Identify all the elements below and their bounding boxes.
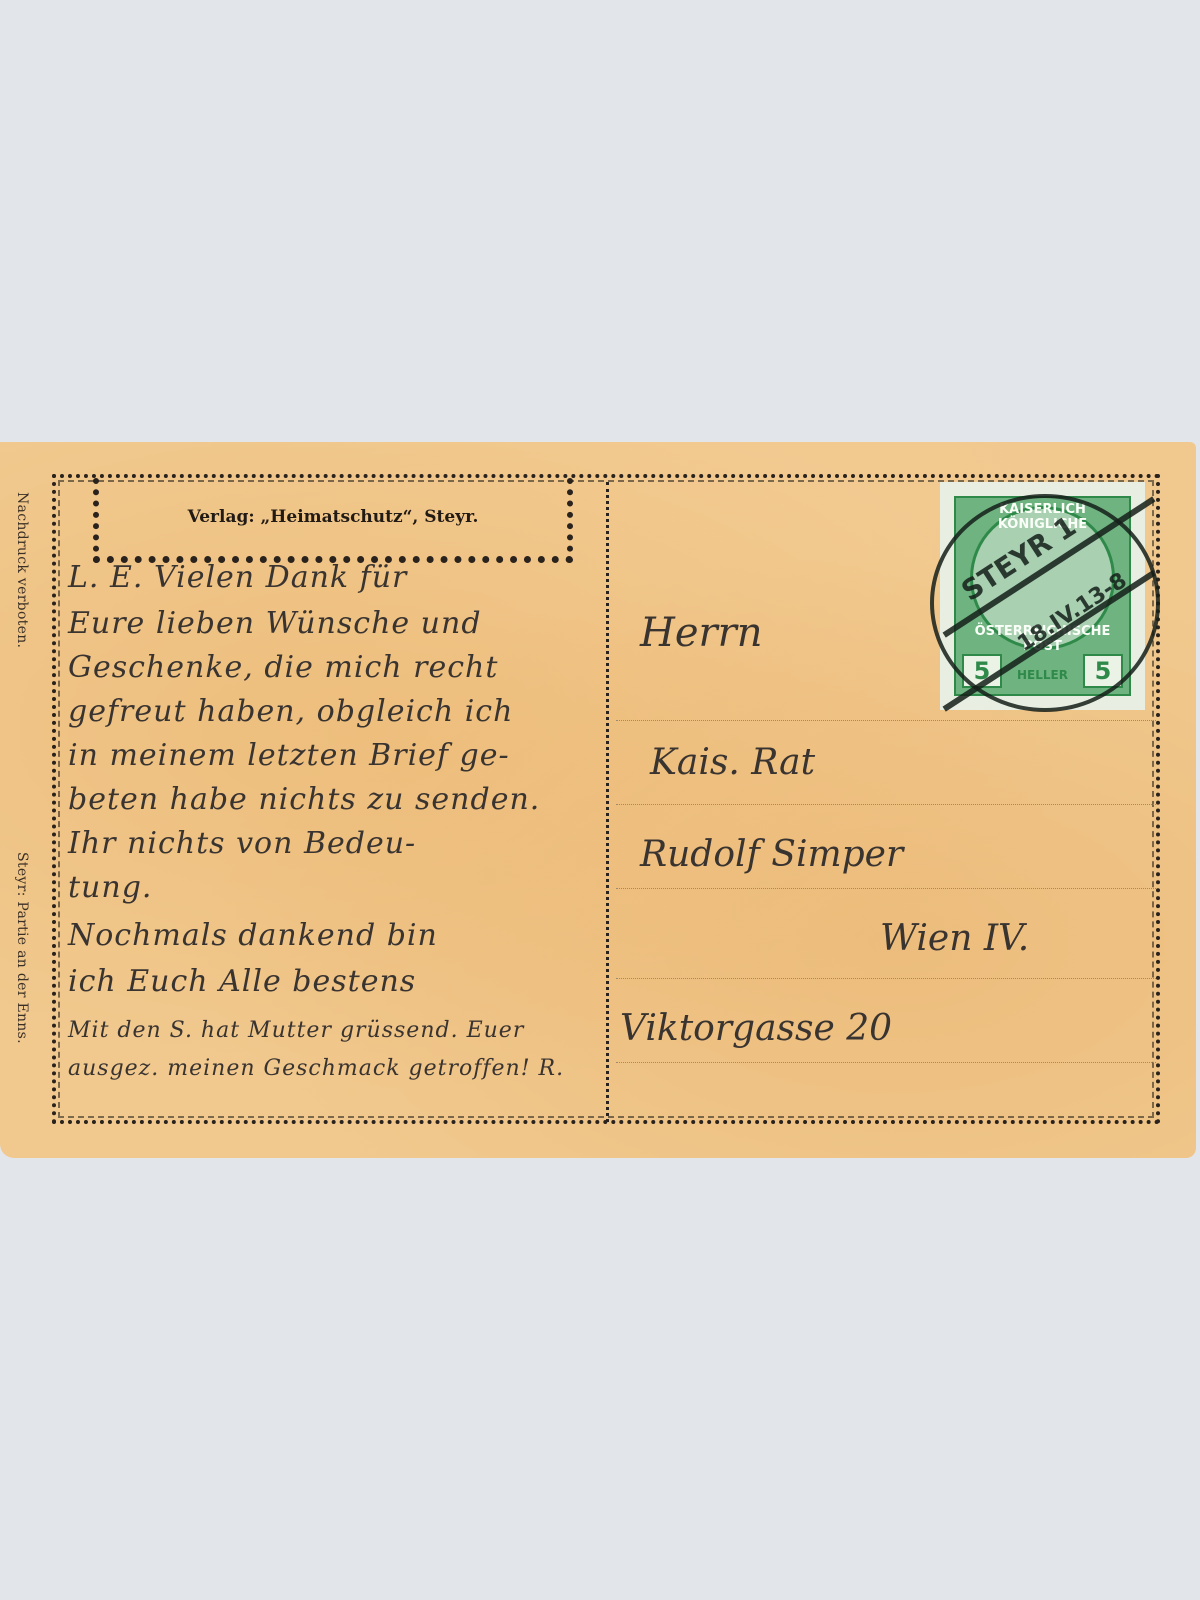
message-line: gefreut haben, obgleich ich [68, 694, 513, 729]
center-divider [606, 482, 609, 1122]
copyright-notice: Nachdruck verboten. [14, 492, 30, 648]
address-name: Rudolf Simper [640, 834, 903, 875]
message-line: Nochmals dankend bin [68, 918, 438, 953]
address-rule [616, 1062, 1156, 1063]
message-line: Geschenke, die mich recht [68, 650, 498, 685]
address-rule [616, 888, 1156, 889]
publisher-box: Verlag: „Heimatschutz“, Steyr. [93, 478, 573, 563]
address-rule [616, 978, 1156, 979]
message-line: Eure lieben Wünsche und [68, 606, 482, 641]
address-street: Viktorgasse 20 [620, 1008, 892, 1049]
message-line: ausgez. meinen Geschmack getroffen! R. [68, 1056, 564, 1081]
address-city: Wien IV. [880, 918, 1029, 959]
publisher-label: Verlag: „Heimatschutz“, Steyr. [188, 507, 479, 527]
address-salutation: Herrn [640, 610, 763, 656]
image-caption: Steyr: Partie an der Enns. [14, 852, 30, 1044]
postcard: Nachdruck verboten. Steyr: Partie an der… [0, 442, 1196, 1158]
message-line: Ihr nichts von Bedeu- [68, 826, 416, 861]
message-line: tung. [68, 870, 152, 905]
address-title: Kais. Rat [650, 742, 815, 783]
message-line: L. E. Vielen Dank für [68, 560, 407, 595]
postmark: STEYR 1 18.IV.13-8 [930, 494, 1160, 712]
message-line: beten habe nichts zu senden. [68, 782, 540, 817]
message-line: in meinem letzten Brief ge- [68, 738, 510, 773]
address-rule [616, 720, 1156, 721]
address-rule [616, 804, 1156, 805]
message-line: ich Euch Alle bestens [68, 964, 416, 999]
message-line: Mit den S. hat Mutter grüssend. Euer [68, 1018, 524, 1043]
